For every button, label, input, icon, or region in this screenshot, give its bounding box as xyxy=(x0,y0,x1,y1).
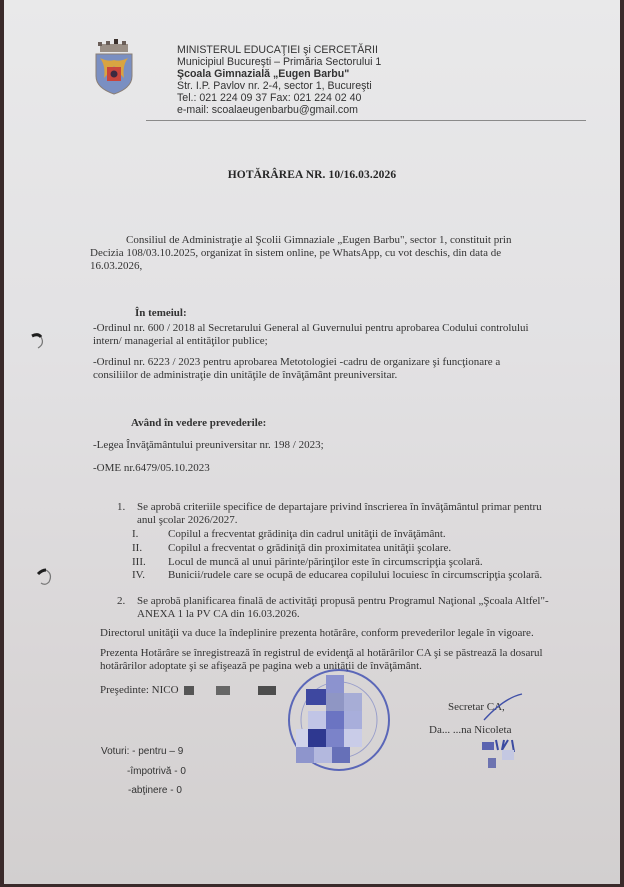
votes-for: Voturi: - pentru – 9 xyxy=(101,746,183,757)
director-clause: Directorul unităţii va duce la îndeplini… xyxy=(100,627,534,640)
article-text: Se aprobă planificarea finală de activit… xyxy=(137,595,557,621)
criterion-item: III.Locul de muncă al unui părinte/părin… xyxy=(132,556,483,569)
school-address: Str. I.P. Pavlov nr. 2-4, sector 1, Bucu… xyxy=(177,81,381,93)
temeiul-heading: În temeiul: xyxy=(135,307,187,320)
intro-paragraph: Consiliul de Administraţie al Şcolii Gim… xyxy=(90,234,520,272)
votes-abstain: -abţinere - 0 xyxy=(128,785,182,796)
legal-basis-item: -Ordinul nr. 600 / 2018 al Secretarului … xyxy=(93,322,543,348)
redaction-block xyxy=(216,686,230,695)
redaction-block xyxy=(258,686,276,695)
provision-item: -Legea Învăţământului preuniversitar nr.… xyxy=(93,439,324,452)
legal-basis-item: -Ordinul nr. 6223 / 2023 pentru aprobare… xyxy=(93,356,543,382)
president-label: Preşedinte: NICO xyxy=(100,684,179,697)
signature-icon xyxy=(474,690,554,780)
avand-heading: Având în vedere prevederile: xyxy=(131,417,266,430)
punch-hole-icon xyxy=(26,330,48,352)
criterion-item: II.Copilul a frecventat o grădiniţă din … xyxy=(132,542,451,555)
punch-hole-icon xyxy=(34,566,56,588)
coat-of-arms-icon xyxy=(88,36,140,96)
criterion-item: IV.Bunicii/rudele care se ocupă de educa… xyxy=(132,569,542,582)
school-phone: Tel.: 021 224 09 37 Fax: 021 224 02 40 xyxy=(177,93,381,105)
school-email: e-mail: scoalaeugenbarbu@gmail.com xyxy=(177,105,381,117)
decision-title: HOTĂRÂREA NR. 10/16.03.2026 xyxy=(4,169,620,181)
article-number: 2. xyxy=(117,595,125,608)
criterion-item: I.Copilul a frecventat grădiniţa din cad… xyxy=(132,528,446,541)
article-number: 1. xyxy=(117,501,125,514)
votes-against: -împotrivă - 0 xyxy=(127,766,186,777)
document-page: MINISTERUL EDUCAŢIEI şi CERCETĂRII Munic… xyxy=(4,0,620,884)
school-name: Şcoala Gimnazială „Eugen Barbu" xyxy=(177,69,381,81)
article-text: Se aprobă criteriile specifice de depart… xyxy=(137,501,557,527)
stamp-redaction-mosaic xyxy=(296,675,386,765)
letterhead: MINISTERUL EDUCAŢIEI şi CERCETĂRII Munic… xyxy=(177,45,381,116)
letterhead-divider xyxy=(146,120,586,121)
redaction-block xyxy=(184,686,194,695)
provision-item: -OME nr.6479/05.10.2023 xyxy=(93,462,210,475)
